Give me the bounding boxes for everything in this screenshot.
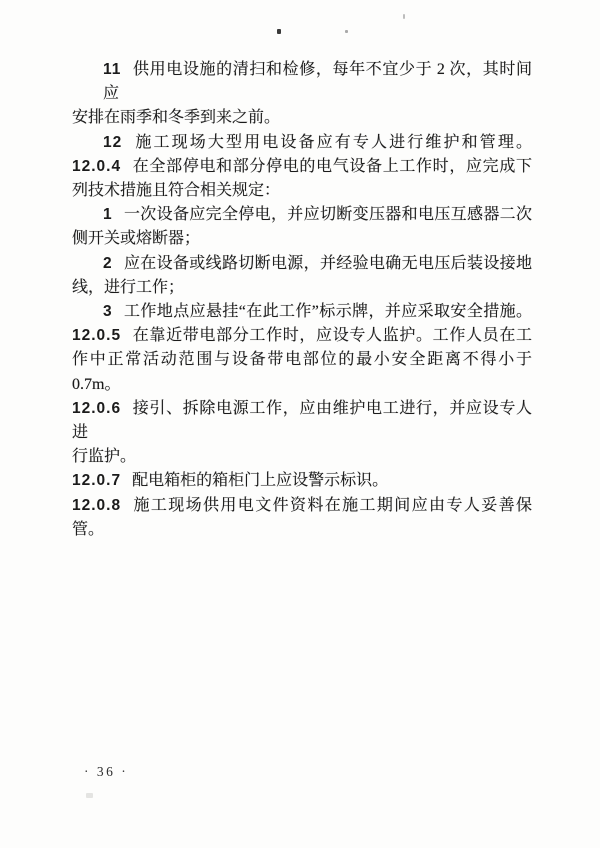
doc-line: 作中正常活动范围与设备带电部位的最小安全距离不得小于 — [72, 348, 532, 372]
line-text: 在靠近带电部分工作时，应设专人监护。工作人员在工 — [132, 327, 532, 344]
item-number: 3 — [103, 303, 113, 320]
doc-line: 12.0.4在全部停电和部分停电的电气设备上工作时，应完成下 — [72, 155, 532, 179]
doc-line: 0.7m。 — [72, 373, 532, 397]
clause-number: 12.0.8 — [72, 497, 121, 514]
doc-line: 列技术措施且符合相关规定： — [72, 179, 532, 203]
line-text: 列技术措施且符合相关规定： — [72, 182, 280, 199]
line-text: 应在设备或线路切断电源，并经验电确无电压后装设接地 — [124, 255, 532, 272]
doc-line: 行监护。 — [72, 445, 532, 469]
document-body: 11供用电设施的清扫和检修，每年不宜少于 2 次，其时间应 安排在雨季和冬季到来… — [72, 58, 532, 542]
clause-number: 12.0.4 — [72, 158, 121, 175]
doc-line: 12.0.5在靠近带电部分工作时，应设专人监护。工作人员在工 — [72, 324, 532, 348]
line-text: 一次设备应完全停电，并应切断变压器和电压互感器二次 — [124, 206, 532, 223]
line-text: 接引、拆除电源工作，应由维护电工进行，并应设专人进 — [72, 400, 532, 441]
doc-line: 12.0.7配电箱柜的箱柜门上应设警示标识。 — [72, 469, 532, 493]
line-text: 施工现场供用电文件资料在施工期间应由专人妥善保 — [132, 497, 532, 514]
line-text: 供用电设施的清扫和检修，每年不宜少于 2 次，其时间应 — [103, 61, 532, 102]
scan-speck — [403, 14, 405, 19]
doc-line: 12施工现场大型用电设备应有专人进行维护和管理。 — [72, 131, 532, 155]
clause-number: 12.0.6 — [72, 400, 121, 417]
clause-number: 12.0.5 — [72, 327, 121, 344]
line-text: 安排在雨季和冬季到来之前。 — [72, 109, 280, 126]
line-text: 配电箱柜的箱柜门上应设警示标识。 — [132, 472, 388, 489]
doc-line: 安排在雨季和冬季到来之前。 — [72, 106, 532, 130]
line-text: 侧开关或熔断器； — [72, 230, 200, 247]
doc-line: 1一次设备应完全停电，并应切断变压器和电压互感器二次 — [72, 203, 532, 227]
line-text: 线，进行工作； — [72, 279, 184, 296]
clause-number: 12.0.7 — [72, 472, 121, 489]
line-text: 管。 — [72, 521, 104, 538]
doc-line: 11供用电设施的清扫和检修，每年不宜少于 2 次，其时间应 — [72, 58, 532, 106]
scan-speck — [86, 793, 93, 798]
item-number: 11 — [103, 61, 121, 78]
line-text: 作中正常活动范围与设备带电部位的最小安全距离不得小于 — [72, 351, 532, 368]
page-number: · 36 · — [84, 764, 128, 780]
doc-line: 管。 — [72, 518, 532, 542]
scanned-document-page: 11供用电设施的清扫和检修，每年不宜少于 2 次，其时间应 安排在雨季和冬季到来… — [0, 0, 600, 848]
doc-line: 12.0.8施工现场供用电文件资料在施工期间应由专人妥善保 — [72, 494, 532, 518]
item-number: 2 — [103, 255, 113, 272]
scan-speck — [277, 29, 281, 34]
scan-speck — [345, 30, 348, 33]
doc-line: 线，进行工作； — [72, 276, 532, 300]
doc-line: 3工作地点应悬挂“在此工作”标示牌，并应采取安全措施。 — [72, 300, 532, 324]
line-text: 行监护。 — [72, 448, 136, 465]
doc-line: 侧开关或熔断器； — [72, 227, 532, 251]
line-text: 在全部停电和部分停电的电气设备上工作时，应完成下 — [132, 158, 532, 175]
item-number: 1 — [103, 206, 113, 223]
item-number: 12 — [103, 134, 122, 151]
doc-line: 12.0.6接引、拆除电源工作，应由维护电工进行，并应设专人进 — [72, 397, 532, 445]
line-text: 施工现场大型用电设备应有专人进行维护和管理。 — [133, 134, 532, 151]
doc-line: 2应在设备或线路切断电源，并经验电确无电压后装设接地 — [72, 252, 532, 276]
line-text: 0.7m。 — [72, 376, 120, 393]
line-text: 工作地点应悬挂“在此工作”标示牌，并应采取安全措施。 — [124, 303, 532, 320]
